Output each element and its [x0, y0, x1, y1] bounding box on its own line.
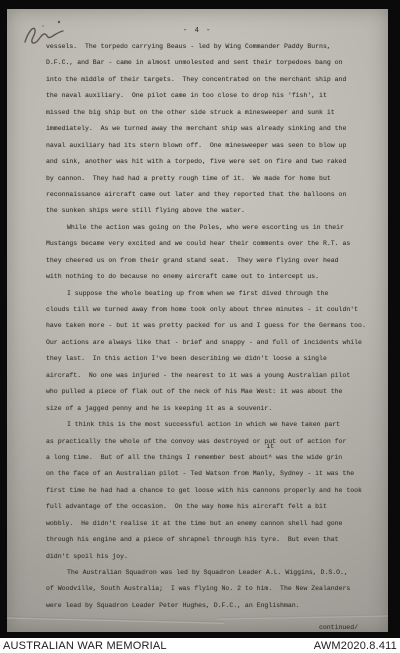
footer-bar: AUSTRALIAN WAR MEMORIAL AWM2020.8.411 [0, 638, 400, 653]
footer-reference: AWM2020.8.411 [314, 640, 397, 652]
document-line: Our actions are always like that - brief… [46, 335, 380, 351]
document-line: I think this is the most successful acti… [46, 417, 380, 433]
document-line: The Australian Squadron was led by Squad… [46, 565, 380, 581]
document-line: with nothing to do because no enemy airc… [46, 269, 380, 285]
typewritten-text: vessels. The torpedo carrying Beaus - le… [46, 39, 380, 632]
document-line: have taken more - but it was pretty pack… [46, 318, 380, 334]
document-line: a long time. But of all the things I rem… [46, 450, 380, 466]
document-line: they last. In this action I've been desc… [46, 351, 380, 367]
document-line: size of a jagged penny and he is keeping… [46, 401, 380, 417]
document-line: by cannon. They had had a pretty rough t… [46, 171, 380, 187]
page-number: - 4 - [7, 27, 388, 35]
document-line: through his engine and a piece of shrapn… [46, 532, 380, 548]
document-line: missed the big ship but on the other sid… [46, 105, 380, 121]
document-line: first time he had had a chance to get lo… [46, 483, 380, 499]
document-line: of Woodville, South Australia; I was fly… [46, 581, 380, 597]
screenshot-root: - 4 - vessels. The torpedo carrying Beau… [0, 0, 400, 653]
document-line: as practically the whole of the convoy w… [46, 434, 380, 450]
document-scan: - 4 - vessels. The torpedo carrying Beau… [0, 0, 400, 638]
document-line: immediately. As we turned away the merch… [46, 121, 380, 137]
document-line: wobbly. He didn't realise it at the time… [46, 516, 380, 532]
document-line: clouds till we turned away from home too… [46, 302, 380, 318]
paper-page: - 4 - vessels. The torpedo carrying Beau… [7, 9, 388, 632]
document-line: who pulled a piece of flak out of the ne… [46, 384, 380, 400]
footer-institution: AUSTRALIAN WAR MEMORIAL [3, 640, 167, 652]
document-line: Mustangs became very excited and we coul… [46, 236, 380, 252]
document-line: the sunken ships were still flying above… [46, 203, 380, 219]
document-line: on the face of an Australian pilot - Ted… [46, 466, 380, 482]
document-line: were lead by Squadron Leader Peter Hughe… [46, 598, 380, 614]
document-line: vessels. The torpedo carrying Beaus - le… [46, 39, 380, 55]
document-line: full advantage of the occasion. On the w… [46, 499, 380, 515]
document-line: naval auxiliary had its stern blown off.… [46, 138, 380, 154]
document-line: the naval auxiliary. One pilot came in t… [46, 88, 380, 104]
document-line: into the middle of their targets. They c… [46, 72, 380, 88]
document-line: While the action was going on the Poles,… [46, 220, 380, 236]
document-line: they cheered us on from their grand stan… [46, 253, 380, 269]
document-line: D.F.C., and Bar - came in almost unmoles… [46, 55, 380, 71]
document-line: aircraft. No one was injured - the neare… [46, 368, 380, 384]
document-line: reconnaissance aircraft came out later a… [46, 187, 380, 203]
document-line: didn't spoil his joy. [46, 549, 380, 565]
inserted-word: it [266, 443, 274, 450]
document-line: I suppose the whole beating up from when… [46, 286, 380, 302]
document-line: and sink, another was hit with a torpedo… [46, 154, 380, 170]
